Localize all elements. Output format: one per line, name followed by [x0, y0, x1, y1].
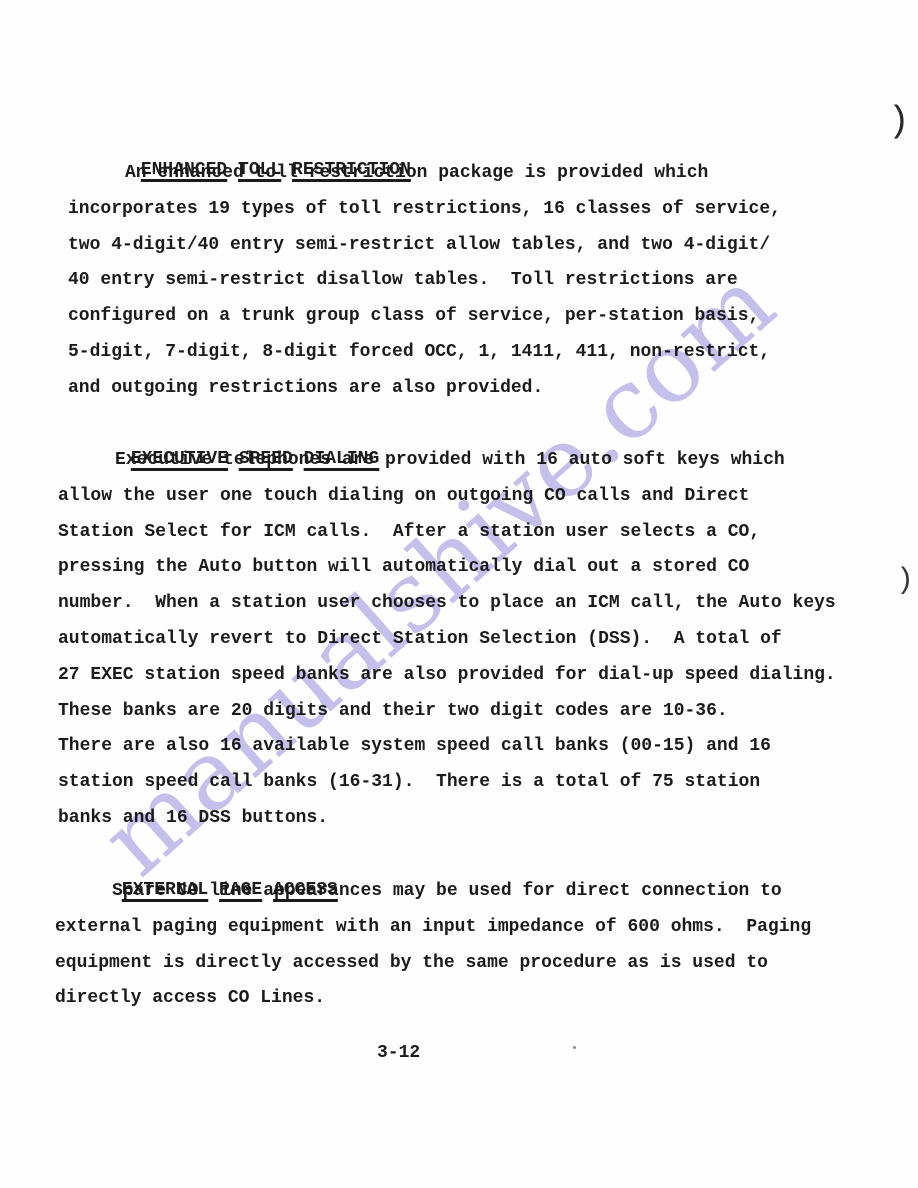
scan-speck — [573, 1046, 576, 1049]
page-number: 3-12 — [377, 1036, 420, 1072]
text-line: Executive telephones are provided with 1… — [58, 443, 836, 479]
text-line: banks and 16 DSS buttons. — [58, 801, 836, 837]
scan-artifact-paren: ) — [888, 104, 910, 140]
text-line: directly access CO Lines. — [55, 981, 811, 1017]
scan-artifact-paren: ) — [896, 566, 914, 596]
text-line: equipment is directly accessed by the sa… — [55, 946, 811, 982]
text-line: number. When a station user chooses to p… — [58, 586, 836, 622]
text-line: An enhanced toll restriction package is … — [68, 156, 781, 192]
text-line: 40 entry semi-restrict disallow tables. … — [68, 263, 781, 299]
paragraph-executive-speed-dialing: Executive telephones are provided with 1… — [58, 443, 836, 837]
paragraph-enhanced-toll-restriction: An enhanced toll restriction package is … — [68, 156, 781, 407]
text-line: These banks are 20 digits and their two … — [58, 694, 836, 730]
scanned-document-page: manualshive.com ENHANCEDTOLLRESTRICTION … — [0, 0, 918, 1188]
text-line: incorporates 19 types of toll restrictio… — [68, 192, 781, 228]
text-line: 27 EXEC station speed banks are also pro… — [58, 658, 836, 694]
text-line: and outgoing restrictions are also provi… — [68, 371, 781, 407]
text-line: pressing the Auto button will automatica… — [58, 550, 836, 586]
text-line: 5-digit, 7-digit, 8-digit forced OCC, 1,… — [68, 335, 781, 371]
text-line: automatically revert to Direct Station S… — [58, 622, 836, 658]
text-line: There are also 16 available system speed… — [58, 729, 836, 765]
text-line: configured on a trunk group class of ser… — [68, 299, 781, 335]
paragraph-external-page-access: Spare CO line appearances may be used fo… — [55, 874, 811, 1017]
text-line: station speed call banks (16-31). There … — [58, 765, 836, 801]
document-content: ENHANCEDTOLLRESTRICTION An enhanced toll… — [0, 0, 918, 1188]
text-line: allow the user one touch dialing on outg… — [58, 479, 836, 515]
text-line: Station Select for ICM calls. After a st… — [58, 515, 836, 551]
text-line: two 4-digit/40 entry semi-restrict allow… — [68, 228, 781, 264]
text-line: Spare CO line appearances may be used fo… — [55, 874, 811, 910]
text-line: external paging equipment with an input … — [55, 910, 811, 946]
